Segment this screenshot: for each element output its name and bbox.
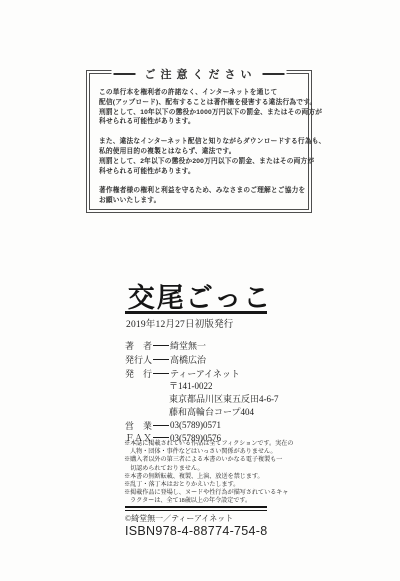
dash-rule [153,437,169,438]
notice-body: この単行本を権利者の許諾なく、インターネットを通じて 配信(アップロード)、配布… [99,88,306,216]
colophon-page: ご注意ください この単行本を権利者の許諾なく、インターネットを通じて 配信(アッ… [0,0,400,581]
notice-title: ご注意ください [142,66,257,82]
notice-line: この単行本を権利者の許諾なく、インターネットを通じて [99,89,277,96]
isbn-number: ISBN978-4-88774-754-8 [125,524,267,538]
edition-date: 2019年12月27日初版発行 [126,316,234,330]
address-line: 藤和高輪台コープ404 [169,406,285,419]
notice-line: 配信(アップロード)、配布することは著作権を侵害する違法行為です。 [99,99,316,106]
row-label: 著 者 [125,339,153,352]
dash-rule [153,359,169,360]
notice-paragraph: この単行本を権利者の許諾なく、インターネットを通じて 配信(アップロード)、配布… [99,88,306,127]
notice-line: 科せられる可能性があります。 [99,168,195,175]
notice-line: また、違法なインターネット配信と知りながらダウンロードする行為も、 [99,138,325,145]
notice-heading: ご注意ください [112,66,287,82]
row-label: 営 業 [125,419,153,432]
row-value: 高橋広治 [169,353,206,366]
notice-paragraph: また、違法なインターネット配信と知りながらダウンロードする行為も、 私的使用目的… [99,137,306,176]
fine-print-notes: ※本誌に掲載されている作品は全てフィクションです。実在の 人物・団体・事件などは… [124,440,293,506]
row-label: 発行人 [125,353,153,366]
row-value: ティーアイネット [169,367,240,380]
address-line: 東京都品川区東五反田4-6-7 [169,393,285,406]
row-label: 発 行 [125,367,153,380]
title-underline-rule [125,311,267,314]
note-line: ※乱丁・落丁本はおとりかえいたします。 [124,481,293,489]
dash-rule [153,345,169,346]
notice-line: 刑罰として、10年以下の懲役か1000万円以下の罰金、またはその両方が [99,109,322,116]
row-value: 綺堂無一 [169,339,206,352]
notice-line: 刑罰として、2年以下の懲役か200万円以下の罰金、またはその両方が [99,158,314,165]
note-line: ラクターは、全て18歳以上の年令設定です。 [124,497,293,505]
sales-phone-row: 営 業 03(5789)0571 [125,419,285,432]
notice-paragraph: 著作権者様の権利と利益を守るため、みなさまのご理解とご協力を お願いいたします。 [99,186,306,206]
note-line: ※購入者以外の第三者による本書のいかなる電子複製も一 [124,456,293,464]
publication-info: 著 者 綺堂無一 発行人 高橋広治 発 行 ティーアイネット 〒141-0022… [125,338,285,444]
notice-box: ご注意ください この単行本を権利者の許諾なく、インターネットを通じて 配信(アッ… [86,70,312,213]
notice-line: お願いいたします。 [99,197,160,204]
bottom-double-rule [125,506,267,511]
note-line: 切認められておりません。 [124,465,293,473]
note-line: ※本誌に掲載されている作品は全てフィクションです。実在の [124,440,293,448]
book-title: 交尾ごっこ [0,276,400,315]
heading-right-rule [263,73,285,75]
row-value: 03(5789)0571 [169,420,221,430]
notice-line: 科せられる可能性があります。 [99,118,195,125]
author-row: 著 者 綺堂無一 [125,338,285,352]
heading-left-rule [114,73,136,75]
note-line: ※本書の無断転載、複製、上演、放送を禁じます。 [124,473,293,481]
publisher-row: 発 行 ティーアイネット [125,366,285,380]
copyright-line: ©綺堂無一／ティーアイネット [125,513,233,524]
notice-line: 私的使用目的の複製とはならず、違法です。 [99,148,236,155]
dash-rule [153,373,169,374]
issuer-row: 発行人 高橋広治 [125,352,285,366]
dash-rule [153,425,169,426]
notice-line: 著作権者様の権利と利益を守るため、みなさまのご理解とご協力を [99,187,305,194]
postal-code: 〒141-0022 [169,380,285,393]
